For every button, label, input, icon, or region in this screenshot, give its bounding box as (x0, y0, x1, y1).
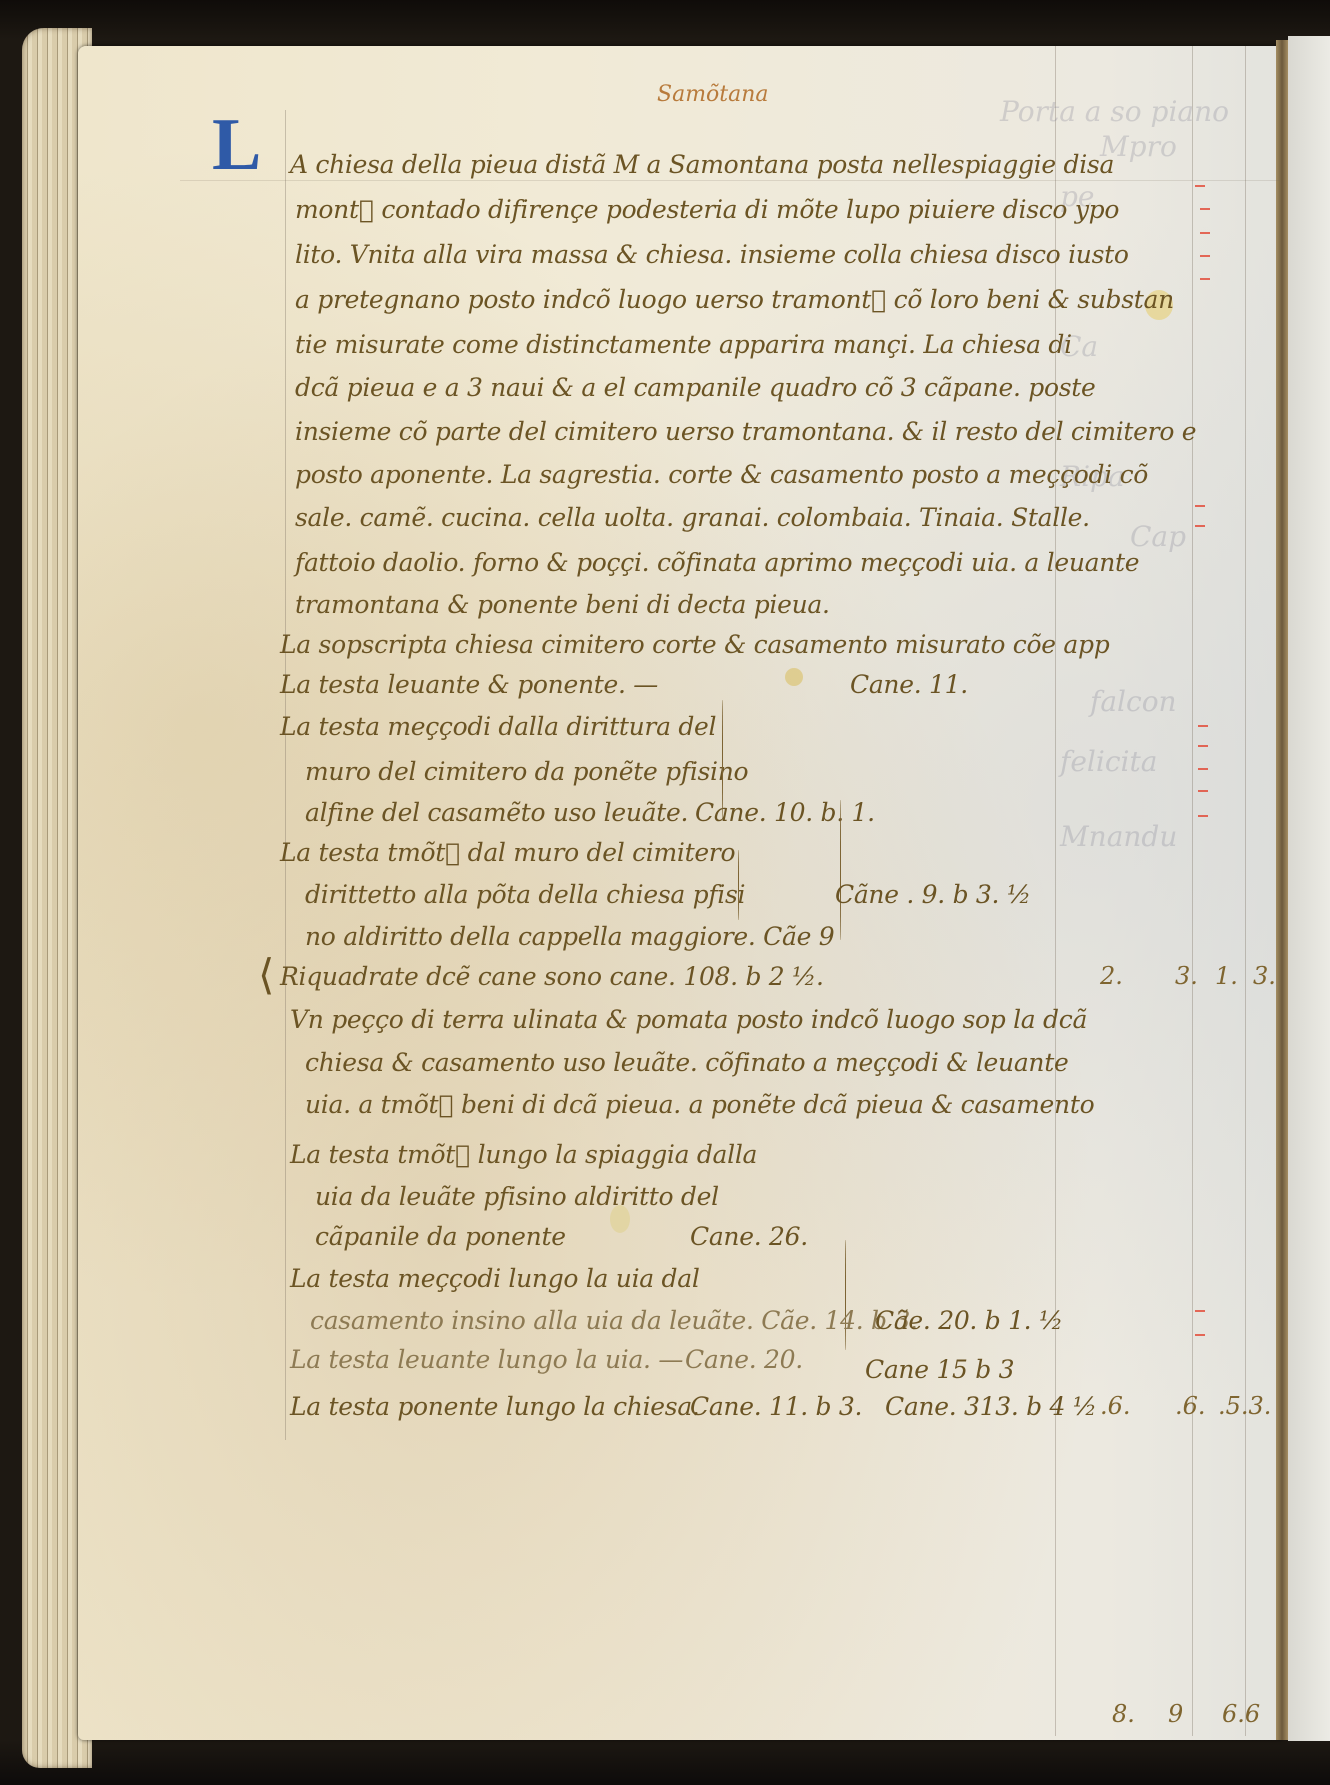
prick-mark (1200, 232, 1210, 234)
prick-mark (1198, 790, 1208, 792)
measurement-line: La testa meççodi lungo la uia dal (290, 1264, 700, 1293)
decorated-initial: L (212, 108, 261, 182)
stain (785, 668, 803, 686)
text-line: a pretegnano posto indcõ luogo uerso tra… (295, 285, 1174, 314)
prick-mark (1200, 208, 1210, 210)
measurement-line: La testa leuante & ponente. — (280, 670, 658, 699)
text-line: posto aponente. La sagrestia. corte & ca… (295, 460, 1148, 489)
footer-figure: 6.6 (1222, 1700, 1260, 1728)
prick-mark (1198, 725, 1208, 727)
prick-mark (1195, 1334, 1205, 1336)
prick-mark (1195, 505, 1205, 507)
measurement-line: alfine del casamẽto uso leuãte. (305, 798, 688, 827)
margin-figure: .5.3. (1218, 1392, 1271, 1420)
prick-mark (1200, 255, 1210, 257)
measurement-value: Cane. 11. b 3. (690, 1392, 862, 1421)
text-line: uia. a tmõt᷍ beni di dcã pieua. a ponẽte… (305, 1090, 1094, 1119)
measurement-value: Cãe. 20. b 1. ½ (875, 1306, 1063, 1335)
bleed-through: Mnandu (1060, 820, 1177, 853)
measurement-value: Cane. 20. (685, 1345, 803, 1374)
measurement-line: La testa leuante lungo la uia. — (290, 1345, 683, 1374)
measurement-value: Cãne . 9. b 3. ½ (835, 880, 1031, 909)
text-line: sale. camẽ. cucina. cella uolta. granai.… (295, 503, 1090, 532)
margin-figure: 2. (1100, 962, 1123, 990)
margin-figure: 3. (1253, 962, 1276, 990)
gutter (1276, 40, 1288, 1740)
adjacent-page (1288, 36, 1330, 1741)
text-line: chiesa & casamento uso leuãte. cõfinato … (305, 1048, 1068, 1077)
ruling-line (180, 180, 1280, 181)
text-line: dcã pieua e a 3 naui & a el campanile qu… (295, 373, 1096, 402)
footer-figure: 9 (1168, 1700, 1183, 1728)
text-line: tie misurate come distinctamente apparir… (295, 330, 1072, 359)
measurement-line: La sopscripta chiesa cimitero corte & ca… (280, 630, 1109, 659)
ruling-line (285, 110, 286, 1440)
measurement-line: La testa ponente lungo la chiesa. (290, 1392, 700, 1421)
bracket (722, 700, 723, 820)
measurement-line: no aldiritto della cappella maggiore. Cã… (305, 922, 834, 951)
measurement-line: muro del cimitero da ponẽte pfisino (305, 757, 748, 786)
pilcrow-mark: ⟨ (258, 955, 274, 997)
prick-mark (1195, 185, 1205, 187)
bleed-through: falcon (1090, 685, 1177, 718)
bleed-through: felicita (1060, 745, 1157, 778)
prick-mark (1198, 768, 1208, 770)
rubric-title: Samõtana (657, 82, 769, 107)
margin-figure: .6. (1175, 1392, 1206, 1420)
prick-mark (1198, 815, 1208, 817)
bracket (840, 800, 841, 940)
text-line: insieme cõ parte del cimitero uerso tram… (295, 417, 1196, 446)
text-line: fattoio daolio. forno & poççi. cõfinata … (295, 548, 1139, 577)
measurement-line: cãpanile da ponente (315, 1222, 566, 1251)
bracket (738, 850, 739, 920)
ruling-line (1192, 46, 1193, 1736)
text-line: lito. Vnita alla vira massa & chiesa. in… (295, 240, 1129, 269)
measurement-line: casamento insino alla uia da leuãte. Cãe… (310, 1306, 918, 1335)
prick-mark (1195, 1310, 1205, 1312)
prick-mark (1200, 278, 1210, 280)
margin-figure: 3. (1175, 962, 1198, 990)
measurement-value: Cane. 26. (690, 1222, 808, 1251)
prick-mark (1195, 525, 1205, 527)
measurement-line: La testa tmõt᷍ lungo la spiaggia dalla (290, 1140, 757, 1169)
margin-figure: .6. (1100, 1392, 1131, 1420)
measurement-line: La testa tmõt᷍ dal muro del cimitero (280, 838, 735, 867)
text-line: mont᷍ contado difirençe podesteria di mõ… (295, 195, 1119, 224)
manuscript-scan: Porta a so piano Mpro pe Ca Ripa Cap fal… (0, 0, 1330, 1785)
measurement-line: La testa meççodi dalla dirittura del (280, 712, 716, 741)
measurement-line: uia da leuãte pfisino aldiritto del (315, 1182, 719, 1211)
text-line: tramontana & ponente beni di decta pieua… (295, 590, 830, 619)
ruling-line (1245, 46, 1246, 1736)
footer-figure: 8. (1112, 1700, 1135, 1728)
prick-mark (1198, 745, 1208, 747)
text-line: Vn peçço di terra ulinata & pomata posto… (290, 1005, 1087, 1034)
text-line: A chiesa della pieua distã M a Samontana… (290, 150, 1114, 179)
measurement-line: Riquadrate dcẽ cane sono cane. 108. b 2 … (280, 962, 824, 991)
total-value: Cane. 313. b 4 ½ (885, 1392, 1097, 1421)
measurement-value: Cane. 11. (850, 670, 968, 699)
margin-figure: 1. (1215, 962, 1238, 990)
measurement-line: dirittetto alla põta della chiesa pfisi (305, 880, 745, 909)
measurement-value: Cane 15 b 3 (865, 1355, 1014, 1384)
bleed-through: Porta a so piano (1000, 95, 1229, 128)
